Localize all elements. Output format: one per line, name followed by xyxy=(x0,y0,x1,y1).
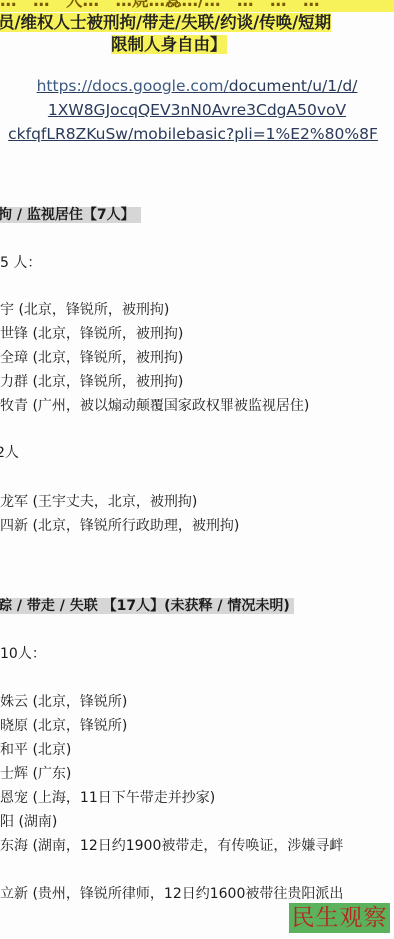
list-item: 牧青 (广州，被以煽动颠覆国家政权罪被监视居住) xyxy=(0,394,309,418)
list-item: 东海 (湖南，12日约1900被带走，有传唤证，涉嫌寻衅 xyxy=(0,834,343,858)
doc-link-line-1[interactable]: https://docs.google.com/document/u/1/d/ xyxy=(0,74,394,98)
list-item: 四新 (北京，锋锐所行政助理，被刑拘) xyxy=(0,514,239,538)
doc-link-line-2[interactable]: 1XW8GJocqQEV3nN0Avre3CdgA50voV xyxy=(0,98,394,122)
list-item: 力群 (北京，锋锐所，被刑拘) xyxy=(0,370,183,394)
section-2-heading: 踪 / 带走 / 失联 【17人】(未获释 / 情况未明) xyxy=(0,595,294,617)
title-line-2: 员/维权人士被刑拘/带走/失联/约谈/传唤/短期 xyxy=(0,12,331,34)
doc-link-line-3[interactable]: ckfqfLR8ZKuSw/mobilebasic?pli=1%E2%80%8F xyxy=(0,122,390,146)
list-item: 士辉 (广东) xyxy=(0,762,71,786)
list-item: 阳 (湖南) xyxy=(0,810,57,834)
list-item: 恩宠 (上海，11日下午带走并抄家) xyxy=(0,786,215,810)
list-item: 宇 (北京，锋锐所，被刑拘) xyxy=(0,298,169,322)
list-item: 世锋 (北京，锋锐所，被刑拘) xyxy=(0,322,183,346)
section-1-group-2-count: 2人 xyxy=(0,441,19,465)
title-line-3: 限制人身自由】 xyxy=(111,34,227,56)
doc-link[interactable]: https://docs.google.com/document/u/1/d/ xyxy=(37,77,358,95)
list-item: 龙军 (王宇丈夫，北京，被刑拘) xyxy=(0,490,197,514)
section-1-group-1-count: 5 人： xyxy=(0,251,41,275)
list-item: 全璋 (北京，锋锐所，被刑拘) xyxy=(0,346,183,370)
section-1-heading: 拘 / 监视居住【7人】 xyxy=(0,204,141,226)
list-item: 晓原 (北京，锋锐所) xyxy=(0,714,127,738)
section-2-group-1-count: 10人： xyxy=(0,642,46,666)
list-item: 和平 (北京) xyxy=(0,738,71,762)
list-item: 姝云 (北京，锋锐所) xyxy=(0,690,127,714)
title-line-1: …一…一人…一…烧…蕊…/…一…一…一… xyxy=(0,0,394,12)
watermark-logo: 民生观察 xyxy=(289,903,390,933)
